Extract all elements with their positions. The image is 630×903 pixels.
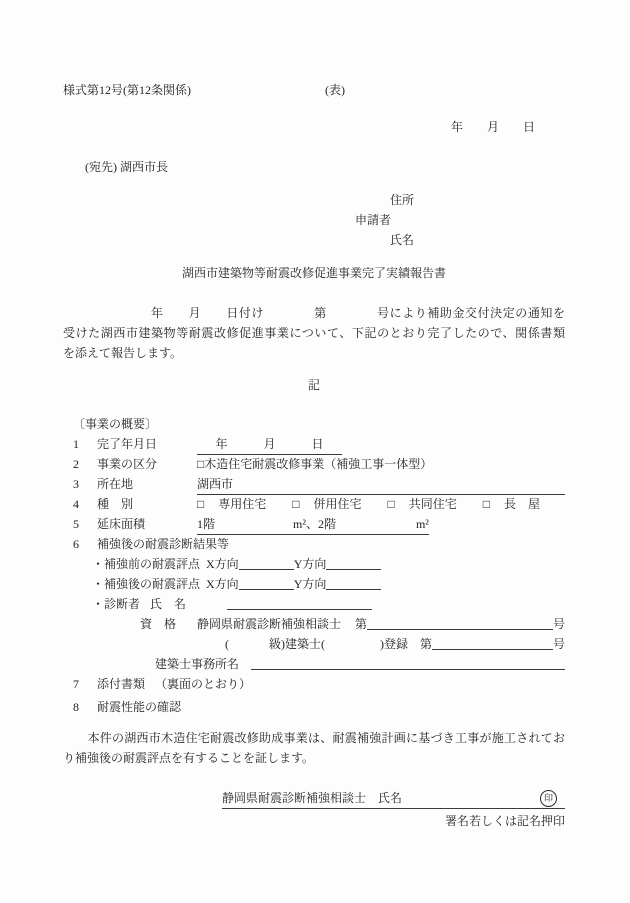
form-header: 様式第12号(第12条関係) (表) (63, 80, 565, 100)
number-prefix: 第 (420, 634, 432, 654)
floor2-label: 2階 (318, 514, 336, 534)
item-number: 8 (73, 697, 97, 717)
attachments-value: （裏面のとおり） (155, 674, 251, 694)
checkbox-icon: □ (483, 494, 490, 514)
type-option-label: 共同住宅 (409, 494, 457, 514)
side-label: (表) (325, 80, 345, 100)
item-number: 1 (73, 434, 97, 454)
document-title: 湖西市建築物等耐震改修促進事業完了実績報告書 (63, 263, 565, 283)
category-value: 木造住宅耐震改修事業（補強工事一体型） (204, 454, 432, 474)
completion-date-blank: 年 月 日 (197, 434, 342, 455)
diagnostician-name-label: 氏 名 (150, 594, 186, 614)
y-direction-label: Y方向 (294, 554, 327, 574)
x-score-blank (239, 555, 294, 570)
number-suffix: 号 (553, 634, 565, 654)
form-number: 様式第12号(第12条関係) (63, 83, 191, 97)
row-attachments: 7 添付書類 （裏面のとおり） (63, 674, 565, 694)
type-option-label: 併用住宅 (314, 494, 362, 514)
applicant-address-label: 住所 (63, 190, 565, 210)
item-label: 添付書類 (97, 674, 145, 694)
item-number: 2 (73, 454, 97, 474)
type-option-label: 専用住宅 (218, 494, 266, 514)
certification-line-2: り補強後の耐震評点を有することを証します。 (63, 748, 565, 768)
applicant-name-label: 氏名 (63, 230, 565, 250)
type-options: □ 専用住宅 □ 併用住宅 □ 共同住宅 □ 長 屋 (197, 494, 565, 514)
after-score-label: ・補強後の耐震評点 (92, 574, 200, 594)
row-license: ( 級)建築士( )登録 第 号 (63, 634, 565, 654)
office-name-label: 建築士事務所名 (155, 654, 239, 674)
item-label: 延床面積 (97, 514, 197, 534)
y-direction-label: Y方向 (294, 574, 327, 594)
x-direction-label: X方向 (206, 574, 239, 594)
item-label: 補強後の耐震診断結果等 (97, 534, 229, 554)
item-label: 種 別 (97, 494, 197, 514)
floor-area-blank: 1階 m²、 2階 m² (197, 514, 429, 535)
row-score-after: ・補強後の耐震評点 X方向 Y方向 (63, 574, 565, 594)
x-score-blank (239, 575, 294, 590)
office-name-blank (251, 655, 565, 670)
row-qualification: 資 格 静岡県耐震診断補強相談士 第 号 (63, 614, 565, 634)
type-option: □ 併用住宅 (292, 494, 361, 514)
row-building-type: 4 種 別 □ 専用住宅 □ 併用住宅 □ 共同住宅 □ 長 屋 (63, 494, 565, 514)
applicant-block: 住所 申請者 氏名 (63, 190, 565, 250)
qualification-number-blank (367, 615, 553, 630)
certification-line-1: 本件の湖西市木造住宅耐震改修助成事業は、耐震補強計画に基づき工事が施工されてお (63, 728, 565, 748)
row-office-name: 建築士事務所名 (63, 654, 565, 674)
item-number: 3 (73, 474, 97, 494)
license-open-paren: ( (225, 634, 229, 654)
license-close-text: )登録 (380, 634, 408, 654)
item-label: 事業の区分 (97, 454, 197, 474)
item-number: 7 (73, 674, 97, 694)
item-label: 所在地 (97, 474, 197, 494)
qualification-title: 静岡県耐震診断補強相談士 (197, 614, 341, 634)
x-direction-label: X方向 (206, 554, 239, 574)
row-project-category: 2 事業の区分 □ 木造住宅耐震改修事業（補強工事一体型） (63, 454, 565, 474)
row-score-before: ・補強前の耐震評点 X方向 Y方向 (63, 554, 565, 574)
floor2-unit: m² (416, 514, 429, 534)
before-score-label: ・補強前の耐震評点 (92, 554, 200, 574)
qualification-label: 資 格 (140, 614, 176, 634)
item-label: 完了年月日 (97, 434, 197, 454)
addressee: (宛先) 湖西市長 (63, 157, 565, 177)
certification-paragraph: 本件の湖西市木造住宅耐震改修助成事業は、耐震補強計画に基づき工事が施工されてお … (63, 728, 565, 768)
intro-line-2: 受けた湖西市建築物等耐震改修促進事業について、下記のとおり完了したので、関係書類 (63, 323, 565, 343)
signature-note: 署名若しくは記名押印 (63, 811, 565, 831)
intro-paragraph: 年 月 日付け 第 号により補助金交付決定の通知を 受けた湖西市建築物等耐震改修… (63, 303, 565, 363)
type-option-label: 長 屋 (504, 494, 540, 514)
intro-line-1: 年 月 日付け 第 号により補助金交付決定の通知を (63, 303, 565, 323)
item-number: 4 (73, 494, 97, 514)
row-location: 3 所在地 湖西市 (63, 474, 565, 494)
item-number: 6 (73, 534, 97, 554)
item-number: 5 (73, 514, 97, 534)
form-page: 様式第12号(第12条関係) (表) 年 月 日 (宛先) 湖西市長 住所 申請… (0, 0, 630, 903)
floor2-value-blank (336, 527, 416, 528)
location-value: 湖西市 (197, 474, 565, 495)
record-mark: 記 (63, 375, 565, 395)
type-option: □ 共同住宅 (388, 494, 457, 514)
checkbox-icon: □ (197, 494, 204, 514)
number-suffix: 号 (553, 614, 565, 634)
diagnostician-name-blank (227, 595, 372, 610)
license-number-blank (432, 635, 553, 650)
floor1-unit: m²、 (293, 514, 318, 534)
checkbox-icon: □ (292, 494, 299, 514)
intro-line-3: を添えて報告します。 (63, 343, 565, 363)
floor1-label: 1階 (197, 514, 215, 534)
date-blank-line: 年 月 日 (63, 117, 565, 137)
type-option: □ 長 屋 (483, 494, 540, 514)
row-floor-area: 5 延床面積 1階 m²、 2階 m² (63, 514, 565, 534)
overview-heading: 〔事業の概要〕 (63, 414, 565, 434)
signature-line: 静岡県耐震診断補強相談士 氏名 印 (222, 788, 565, 809)
row-diagnostician: ・診断者 氏 名 (63, 594, 565, 614)
diagnostician-label: ・診断者 (92, 594, 140, 614)
floor1-value-blank (215, 527, 293, 528)
checkbox-icon: □ (388, 494, 395, 514)
y-score-blank (326, 555, 381, 570)
applicant-role-label: 申請者 (63, 210, 565, 230)
row-performance-confirmation: 8 耐震性能の確認 (63, 697, 565, 717)
item-label: 耐震性能の確認 (97, 697, 181, 717)
number-prefix: 第 (355, 614, 367, 634)
license-mid-text: 級)建築士( (269, 634, 325, 654)
checkbox-icon: □ (197, 454, 204, 474)
y-score-blank (326, 575, 381, 590)
type-option: □ 専用住宅 (197, 494, 266, 514)
row-diagnosis-results: 6 補強後の耐震診断結果等 (63, 534, 565, 554)
row-completion-date: 1 完了年月日 年 月 日 (63, 434, 565, 454)
signature-label: 静岡県耐震診断補強相談士 氏名 (222, 788, 402, 808)
seal-stamp-icon: 印 (540, 790, 557, 807)
